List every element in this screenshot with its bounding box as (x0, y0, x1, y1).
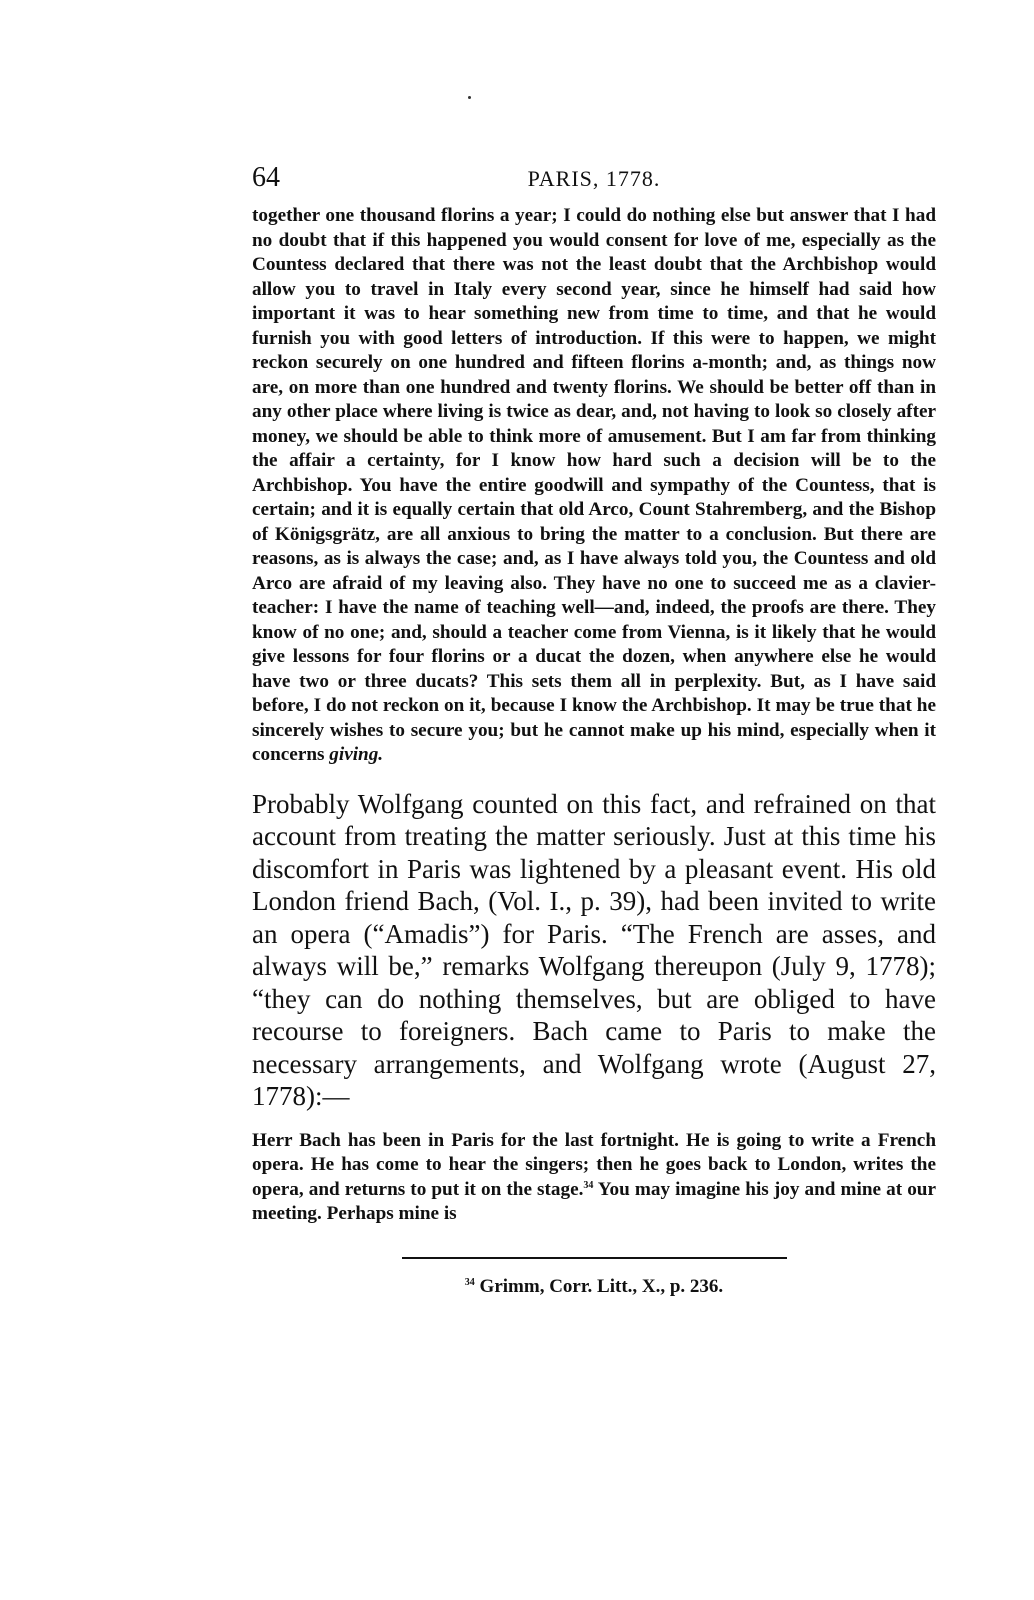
letter-excerpt-1-text: together one thousand florins a year; I … (252, 205, 936, 765)
footnote: 34 Grimm, Corr. Litt., X., p. 236. (252, 1276, 936, 1298)
footnote-text: Grimm, Corr. Litt., X., p. 236. (480, 1276, 724, 1297)
footnote-reference: 34 (583, 1180, 593, 1191)
footnote-divider (402, 1257, 787, 1259)
running-head: PARIS, 1778. (252, 166, 936, 192)
footnote-marker: 34 (465, 1277, 475, 1288)
letter-excerpt-2: Herr Bach has been in Paris for the last… (252, 1129, 936, 1227)
scan-speck (468, 96, 471, 99)
page-header: 64 PARIS, 1778. (252, 160, 936, 200)
narrative-paragraph: Probably Wolfgang counted on this fact, … (252, 788, 936, 1113)
book-page: 64 PARIS, 1778. together one thousand fl… (252, 160, 936, 1298)
letter-excerpt-1: together one thousand florins a year; I … (252, 204, 936, 768)
italic-word: giving. (329, 744, 383, 765)
